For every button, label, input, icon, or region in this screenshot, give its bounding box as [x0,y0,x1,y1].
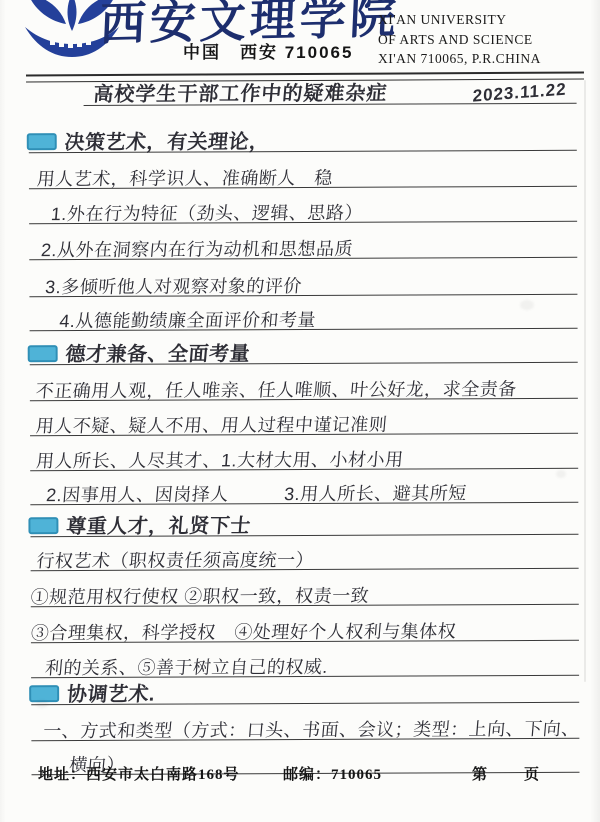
line-text: 协调艺术. [30,678,156,708]
note-line: 不正确用人观，任人唯亲、任人唯顺、叶公好龙，求全责备 [30,363,578,401]
header-cn-address: 中国 西安 710065 [183,38,353,63]
note-date: 2023.11.22 [472,80,567,107]
note-line: 决策艺术，有关理论， [29,104,577,153]
footer-page-label-second: 页 [524,763,540,784]
line-text: 4.从德能勤绩廉全面评价和考量 [58,306,317,333]
handwritten-note: 高校学生干部工作中的疑难杂症 2023.11.22 决策艺术，有关理论， 用人艺… [28,76,579,775]
note-line: ③合理集权，科学授权 ④处理好个人权利与集体权 [31,605,579,643]
scanned-document-page: 西安文理学院 中国 西安 710065 XI'AN UNIVERSITY OF … [0,0,600,822]
note-line: 一、方式和类型（方式：口头、书面、会议；类型：上向、下向、 [31,703,579,741]
letterhead-header: 西安文理学院 中国 西安 710065 XI'AN UNIVERSITY OF … [0,0,600,80]
note-line: 4.从德能勤绩廉全面评价和考量 [29,295,577,331]
note-title-row: 高校学生干部工作中的疑难杂症 2023.11.22 [83,76,576,106]
footer-zip-code: 邮编：710065 [283,763,382,784]
note-line: 3.多倾听他人对观察对象的评价 [29,258,577,297]
line-text: 行权艺术（职权责任须高度统一） [36,546,316,573]
scan-smudge [36,700,48,708]
line-text: 决策艺术，有关理论， [28,125,271,155]
line-text: 尊重人才，礼贤下士 [29,509,252,539]
footer-page-label-first: 第 [472,763,488,784]
paper-edge-shadow [584,80,586,682]
note-title: 高校学生干部工作中的疑难杂症 [92,77,388,107]
scan-smudge [556,470,566,478]
footer-address: 地址：西安市太白南路168号 [38,763,240,784]
line-text: 德才兼备、全面考量 [28,337,251,367]
note-line: 尊重人才，礼贤下士 [30,503,578,537]
note-line: ①规范用权行使权 ②职权一致，权责一致 [31,569,579,607]
scan-smudge [520,300,534,310]
note-line: 德才兼备、全面考量 [30,329,578,365]
header-english-line: OF ARTS AND SCIENCE [378,30,593,50]
note-line: 用人艺术，科学识人、准确断人 稳 [29,151,577,189]
line-text: 3.多倾听他人对观察对象的评价 [44,272,303,299]
note-line: 2.从外在洞察内在行为动机和思想品质 [29,222,577,260]
note-line: 用人不疑、疑人不用、用人过程中谨记准则 [30,399,578,436]
note-line: 利的关系、⑤善于树立自己的权威. [31,641,579,678]
letterhead-footer: 地址：西安市太白南路168号 邮编：710065 第 页 [0,763,600,789]
line-text: 利的关系、⑤善于树立自己的权威. [44,653,329,680]
note-line: 协调艺术. [31,676,579,705]
note-line: 2.因事用人、因岗择人 3.用人所长、避其所短 [30,469,578,505]
header-english-line: XI'AN UNIVERSITY [378,10,593,30]
header-english-name: XI'AN UNIVERSITY OF ARTS AND SCIENCE XI'… [378,10,593,69]
note-lines: 决策艺术，有关理论， 用人艺术，科学识人、准确断人 稳 1.外在行为特征（劲头、… [29,104,580,775]
header-english-line: XI'AN 710065, P.R.CHINA [378,49,593,69]
note-line: 行权艺术（职权责任须高度统一） [30,535,578,571]
note-line: 用人所长、人尽其才、1.大材大用、小材小用 [30,434,578,471]
note-line: 1.外在行为特征（劲头、逻辑、思路） [29,187,577,224]
